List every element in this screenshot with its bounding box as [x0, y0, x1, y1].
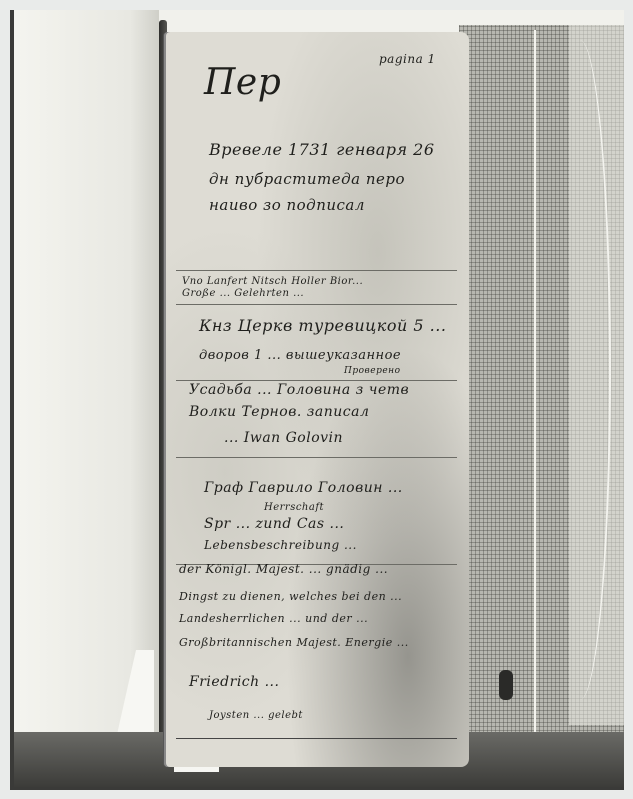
section-one-line: Кнз Церкв туревицкой 5 ...: [199, 316, 446, 335]
header-line: наиво зо подписал: [209, 196, 365, 214]
rule-line: [176, 270, 457, 271]
section-two-line: Landesherrlichen ... und der ...: [179, 612, 368, 625]
page-heading: Пер: [204, 62, 281, 103]
strip-note-line: Große ... Gelehrten ...: [182, 288, 304, 299]
section-two-line: Herrschaft: [264, 502, 324, 513]
section-two-line: Großbritannischen Majest. Energie ...: [179, 636, 409, 649]
section-two-line: Dingst zu dienen, welches bei den ...: [179, 590, 402, 603]
hanging-string-curved: [549, 40, 611, 700]
manuscript-photo: pagina 1 Пер Вревеле 1731 генваря 26 дн …: [10, 10, 624, 790]
section-one-line: Волки Тернов. записал: [189, 404, 369, 420]
rule-line: [176, 457, 457, 458]
header-line: Вревеле 1731 генваря 26: [209, 140, 435, 159]
section-two-line: der Königl. Majest. ... gnädig ...: [179, 562, 388, 576]
section-two-line: Lebensbeschreibung ...: [204, 538, 357, 552]
rule-line: [176, 304, 457, 305]
section-one-line: дворов 1 ... вышеуказанное: [199, 348, 401, 363]
rule-line: [176, 738, 457, 739]
hanging-string: [534, 30, 546, 750]
signature-line: ... Iwan Golovin: [224, 430, 343, 446]
section-two-line: Friedrich ...: [189, 674, 279, 690]
metal-clip: [499, 670, 513, 700]
section-one-line: Проверено: [344, 366, 401, 376]
header-line: дн пубраститеда перо: [209, 170, 405, 188]
section-one-line: Усадьба ... Головина з четв: [189, 382, 409, 398]
manuscript-page: pagina 1 Пер Вревеле 1731 генваря 26 дн …: [164, 32, 469, 767]
page-number-label: pagina 1: [379, 52, 436, 66]
section-two-line: Граф Гаврило Головин ...: [204, 480, 403, 496]
section-two-line: Joysten ... gelebt: [209, 710, 303, 721]
rule-line: [176, 380, 457, 381]
section-two-line: Spr ... zund Cas ...: [204, 516, 344, 532]
strip-note-line: Vno Lanfert Nitsch Holler Bior...: [182, 276, 363, 287]
